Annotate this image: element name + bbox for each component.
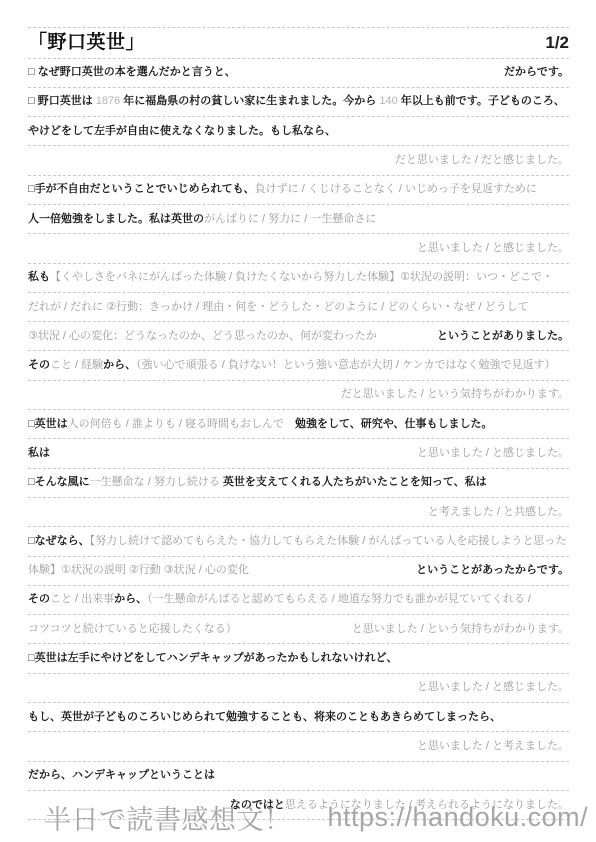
text-segment: 【努力し続けて認めてもらえた・協力してもらえた体験 / がんばっている人を応援し… [90,535,567,547]
line-text: 人一倍勉強をしました。私は英世のがんばりに / 努力に / 一生懸命さに [28,214,376,225]
worksheet-line: □なぜなら、【努力し続けて認めてもらえた・協力してもらえた体験 / がんばってい… [28,526,569,555]
line-right-text: と思いました / と考えました。 [417,741,569,752]
text-segment: から、 [103,359,136,371]
worksheet-page: 「野口英世」 1/2 □ なぜ野口英世の本を選んだかと言うと、だからです。□ 野… [0,0,596,842]
text-segment: から、 [114,593,147,605]
text-segment: がんばりに / 努力に / 一生懸命さに [204,213,376,225]
worksheet-line: と思いました / と感じました。 [28,673,569,702]
line-right-text: だと思いました / という気持ちがわかります。 [341,389,569,400]
line-right-text: だからです。 [504,67,569,78]
text-segment: 勉強をして、研究や、仕事もしました。 [284,418,493,430]
text-segment: 私は [28,447,50,459]
line-text: ③状況 / 心の変化：どうなったのか、どう思ったのか、何が変わったか [28,331,377,342]
text-segment: と思いました / と感じました。 [417,242,569,254]
text-segment: □なぜなら、 [28,535,90,547]
site-name: 半日で読書感想文！ [44,798,292,837]
worksheet-line: と思いました / と考えました。 [28,731,569,760]
worksheet-line: だと思いました / という気持ちがわかります。 [28,380,569,409]
text-segment: だからです。 [504,66,569,78]
page-number-cell: 1/2 [545,34,569,51]
line-right-text: ということがあったからです。 [416,565,569,576]
text-segment: □ 野口英世は [28,95,96,107]
text-segment: と思いました / と感じました。 [417,447,569,459]
site-url[interactable]: https://handoku.com/ [328,802,589,833]
text-segment: 人一倍勉強をしました。私は英世の [28,213,204,225]
worksheet-line: だれが / だれに ②行動：きっかけ / 理由・何を・どうした・どのように / … [28,292,569,321]
text-segment: 人の何倍も / 誰よりも / 寝る時間もおしんで [68,418,284,430]
worksheet-line: □ 野口英世は 1876 年に福島県の村の貧しい家に生まれました。今から 140… [28,87,569,116]
text-segment: と思いました / と考えました。 [417,740,569,752]
text-segment: と思いました / と感じました。 [417,681,569,693]
line-right-text: と思いました / と感じました。 [417,682,569,693]
text-segment: と考えました / と共感した。 [428,506,569,518]
worksheet-line: と考えました / と共感した。 [28,497,569,526]
worksheet-line: □英世は左手にやけどをしてハンデキャップがあったかもしれないけれど、 [28,643,569,672]
line-text: □なぜなら、【努力し続けて認めてもらえた・協力してもらえた体験 / がんばってい… [28,536,566,547]
text-segment: ということがあったからです。 [416,564,569,576]
line-text: □手が不自由だということでいじめられても、負けずに / くじけることなく / い… [28,184,537,195]
text-segment: コツコツと続けていると応援したくなる） [28,623,237,635]
line-text: 私も【くやしさをバネにがんばった体験 / 負けたくないから努力した体験】①状況の… [28,272,553,283]
text-segment: こと / 経験 [50,359,103,371]
text-segment: 体験】①状況の説明 ②行動 ③状況 / 心の変化 [28,564,249,576]
text-segment: 一生懸命な / 努力し続ける [90,476,220,488]
text-segment: だから、ハンデキャップということは [28,769,215,781]
text-segment: 年以上も前です。子どものころ、 [398,95,565,107]
worksheet-line: そのこと / 経験から、（強い心で頑張る / 負けない！という強い意志が大切 /… [28,350,569,379]
title-cell: 「野口英世」 [28,33,145,52]
line-text: □ 野口英世は 1876 年に福島県の村の貧しい家に生まれました。今から 140… [28,96,565,107]
title-row: 「野口英世」 1/2 [28,27,569,58]
line-text: □英世は左手にやけどをしてハンデキャップがあったかもしれないけれど、 [28,653,398,664]
worksheet-line: ③状況 / 心の変化：どうなったのか、どう思ったのか、何が変わったかということが… [28,321,569,350]
worksheet-line: だから、ハンデキャップということは [28,761,569,790]
line-text: そのこと / 出来事から、（一生懸命がんばると認めてもらえる / 地道な努力でも… [28,594,531,605]
text-segment: その [28,593,50,605]
line-text: もし、英世が子どものころいじめられて勉強することも、将来のこともあきらめてしまっ… [28,712,501,723]
line-text: だれが / だれに ②行動：きっかけ / 理由・何を・どうした・どのように / … [28,302,529,313]
worksheet-body: 「野口英世」 1/2 □ なぜ野口英世の本を選んだかと言うと、だからです。□ 野… [28,27,569,820]
worksheet-line: だと思いました / だと感じました。 [28,145,569,174]
line-text: やけどをして左手が自由に使えなくなりました。もし私なら、 [28,126,336,137]
worksheet-line: もし、英世が子どものころいじめられて勉強することも、将来のこともあきらめてしまっ… [28,702,569,731]
text-segment: ③状況 / 心の変化：どうなったのか、どう思ったのか、何が変わったか [28,330,377,342]
line-right-text: と思いました / という気持ちがわかります。 [352,624,569,635]
text-segment: □英世は左手にやけどをしてハンデキャップがあったかもしれないけれど、 [28,652,398,664]
text-segment: 英世を支えてくれる人たちがいたことを知って、私は [220,476,487,488]
text-segment: 【くやしさをバネにがんばった体験 / 負けたくないから努力した体験】①状況の説明… [50,271,553,283]
text-segment: 140 [379,95,397,107]
line-text: 私は [28,448,50,459]
line-text: □ なぜ野口英世の本を選んだかと言うと、 [28,67,236,78]
line-right-text: ということがありました。 [437,331,569,342]
line-text: コツコツと続けていると応援したくなる） [28,624,237,635]
text-segment: □そんな風に [28,476,90,488]
text-segment: 私も [28,271,50,283]
text-segment: （強い心で頑張る / 負けない！という強い意志が大切 / ケンカではなく勉強で見… [136,359,555,371]
line-text: □そんな風に一生懸命な / 努力し続ける 英世を支えてくれる人たちがいたことを知… [28,477,487,488]
worksheet-line: と思いました / と感じました。 [28,233,569,262]
text-segment: だれが / だれに ②行動：きっかけ / 理由・何を・どうした・どのように / … [28,301,529,313]
text-segment: □英世は [28,418,68,430]
page-indicator: 1/2 [545,33,569,52]
worksheet-line: 私はと思いました / と感じました。 [28,438,569,467]
line-text: そのこと / 経験から、（強い心で頑張る / 負けない！という強い意志が大切 /… [28,360,555,371]
text-segment: もし、英世が子どものころいじめられて勉強することも、将来のこともあきらめてしまっ… [28,711,501,723]
text-segment: と思いました / という気持ちがわかります。 [352,623,569,635]
text-segment: □ なぜ野口英世の本を選んだかと言うと、 [28,66,236,78]
text-segment: こと / 出来事 [50,593,114,605]
line-text: □英世は人の何倍も / 誰よりも / 寝る時間もおしんで 勉強をして、研究や、仕… [28,419,493,430]
text-segment: 1876 [96,95,120,107]
worksheet-line: 人一倍勉強をしました。私は英世のがんばりに / 努力に / 一生懸命さに [28,204,569,233]
text-segment: 年に福島県の村の貧しい家に生まれました。今から [120,95,379,107]
worksheet-line: やけどをして左手が自由に使えなくなりました。もし私なら、 [28,116,569,145]
text-segment: □手が不自由だということでいじめられても、 [28,183,255,195]
line-right-text: と考えました / と共感した。 [428,507,569,518]
text-segment: その [28,359,50,371]
page-title: 「野口英世」 [28,32,145,53]
worksheet-line: コツコツと続けていると応援したくなる）と思いました / という気持ちがわかります… [28,614,569,643]
worksheet-line: □ なぜ野口英世の本を選んだかと言うと、だからです。 [28,58,569,87]
text-segment: だと思いました / だと感じました。 [395,154,569,166]
text-segment: （一生懸命がんばると認めてもらえる / 地道な努力でも誰かが見ていてくれる / [147,593,531,605]
worksheet-line: □英世は人の何倍も / 誰よりも / 寝る時間もおしんで 勉強をして、研究や、仕… [28,409,569,438]
line-right-text: だと思いました / だと感じました。 [395,155,569,166]
text-segment: やけどをして左手が自由に使えなくなりました。もし私なら、 [28,125,336,137]
worksheet-line: □そんな風に一生懸命な / 努力し続ける 英世を支えてくれる人たちがいたことを知… [28,468,569,497]
line-right-text: と思いました / と感じました。 [417,448,569,459]
page-footer: 半日で読書感想文！ https://handoku.com/ [0,793,596,842]
line-text: だから、ハンデキャップということは [28,770,215,781]
line-text: 体験】①状況の説明 ②行動 ③状況 / 心の変化 [28,565,249,576]
text-segment: だと思いました / という気持ちがわかります。 [341,388,569,400]
text-segment: ということがありました。 [437,330,569,342]
worksheet-line: そのこと / 出来事から、（一生懸命がんばると認めてもらえる / 地道な努力でも… [28,585,569,614]
worksheet-line: 体験】①状況の説明 ②行動 ③状況 / 心の変化ということがあったからです。 [28,556,569,585]
worksheet-line: 私も【くやしさをバネにがんばった体験 / 負けたくないから努力した体験】①状況の… [28,263,569,292]
worksheet-line: □手が不自由だということでいじめられても、負けずに / くじけることなく / い… [28,175,569,204]
line-right-text: と思いました / と感じました。 [417,243,569,254]
text-segment: 負けずに / くじけることなく / いじめっ子を見返すために [255,183,537,195]
